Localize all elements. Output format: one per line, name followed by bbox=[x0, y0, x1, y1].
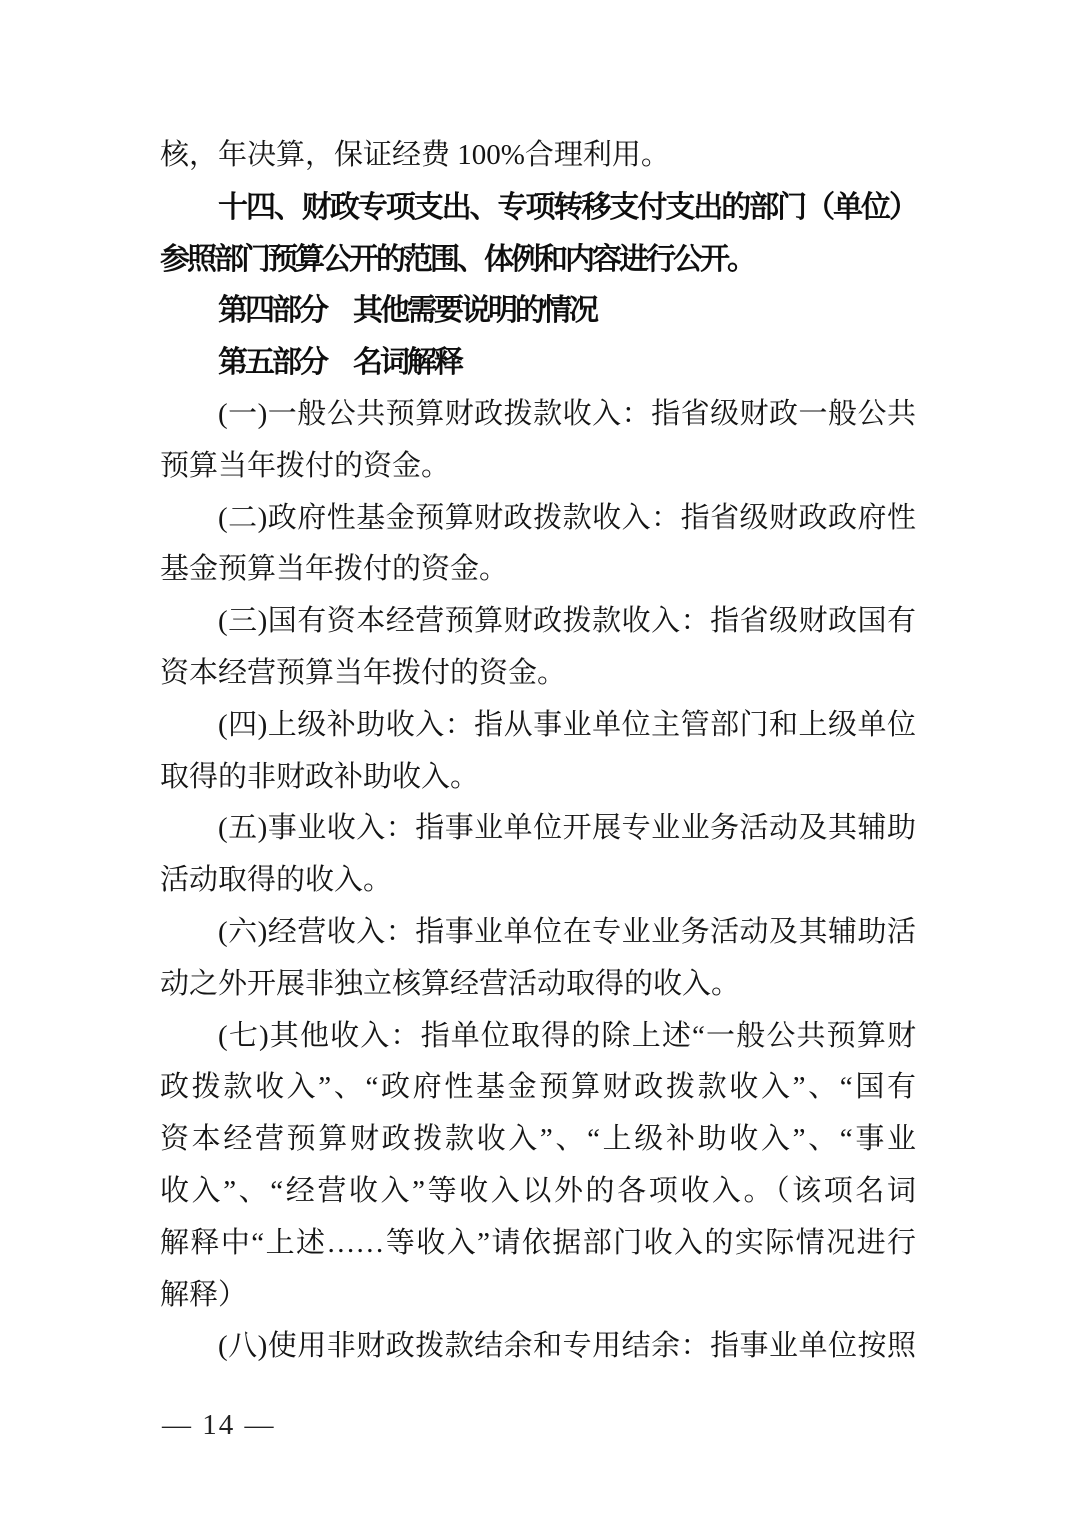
document-text-block: 核，年决算，保证经费 100%合理利用。十四、财政专项支出、专项转移支付支出的部… bbox=[160, 130, 916, 1373]
body-text-line: 收入”、“经营收入”等收入以外的各项收入。（该项名词 bbox=[160, 1166, 916, 1218]
body-text-line: 基金预算当年拨付的资金。 bbox=[160, 544, 916, 596]
body-text-line: 政拨款收入”、“政府性基金预算财政拨款收入”、“国有 bbox=[160, 1062, 916, 1114]
body-text-line: (五)事业收入：指事业单位开展专业业务活动及其辅助 bbox=[160, 803, 916, 855]
body-text-line: (一)一般公共预算财政拨款收入：指省级财政一般公共 bbox=[160, 389, 916, 441]
body-text-line: 核，年决算，保证经费 100%合理利用。 bbox=[160, 130, 916, 182]
heading-line: 第四部分 其他需要说明的情况 bbox=[160, 285, 916, 337]
body-text-line: (八)使用非财政拨款结余和专用结余：指事业单位按照 bbox=[160, 1321, 916, 1373]
body-text-line: (七)其他收入：指单位取得的除上述“一般公共预算财 bbox=[160, 1011, 916, 1063]
body-text-line: (四)上级补助收入：指从事业单位主管部门和上级单位 bbox=[160, 700, 916, 752]
body-text-line: 解释中“上述……等收入”请依据部门收入的实际情况进行 bbox=[160, 1218, 916, 1270]
body-text-line: 资本经营预算当年拨付的资金。 bbox=[160, 648, 916, 700]
body-text-line: 解释） bbox=[160, 1270, 916, 1322]
document-page: 核，年决算，保证经费 100%合理利用。十四、财政专项支出、专项转移支付支出的部… bbox=[0, 0, 1074, 1520]
body-text-line: 取得的非财政补助收入。 bbox=[160, 752, 916, 804]
body-text-line: 活动取得的收入。 bbox=[160, 855, 916, 907]
page-number: — 14 — bbox=[162, 1409, 276, 1441]
heading-line: 第五部分 名词解释 bbox=[160, 337, 916, 389]
heading-line: 参照部门预算公开的范围、体例和内容进行公开。 bbox=[160, 234, 916, 286]
body-text-line: 资本经营预算财政拨款收入”、“上级补助收入”、“事业 bbox=[160, 1114, 916, 1166]
heading-line: 十四、财政专项支出、专项转移支付支出的部门（单位） bbox=[160, 182, 916, 234]
body-text-line: (六)经营收入：指事业单位在专业业务活动及其辅助活 bbox=[160, 907, 916, 959]
body-text-line: 动之外开展非独立核算经营活动取得的收入。 bbox=[160, 959, 916, 1011]
page-footer: — 14 — bbox=[162, 1403, 276, 1447]
body-text-line: (二)政府性基金预算财政拨款收入：指省级财政政府性 bbox=[160, 493, 916, 545]
body-text-line: (三)国有资本经营预算财政拨款收入：指省级财政国有 bbox=[160, 596, 916, 648]
body-text-line: 预算当年拨付的资金。 bbox=[160, 441, 916, 493]
